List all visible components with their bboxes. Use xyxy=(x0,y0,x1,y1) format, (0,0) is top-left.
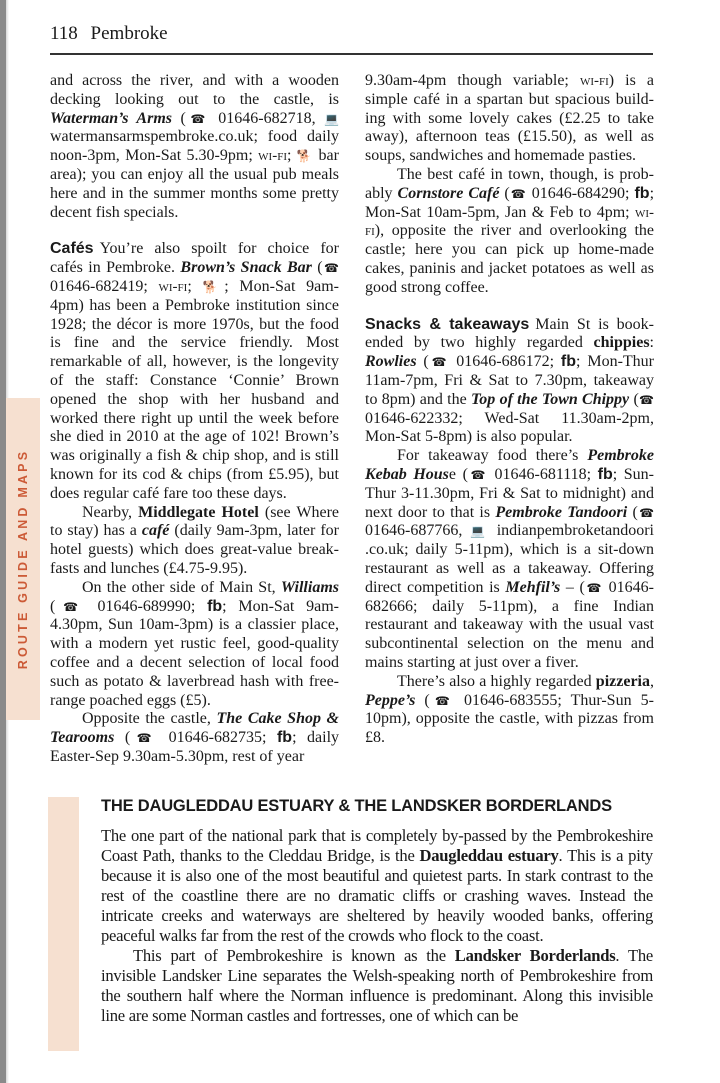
paragraph-cafes: CafésYou’re also spoilt for choice for c… xyxy=(50,240,339,503)
keyword-daugleddau: Daugleddau estuary xyxy=(420,846,559,865)
venue-name: Rowlies xyxy=(365,353,417,370)
venue-name: Middlegate Hotel xyxy=(138,504,259,521)
venue-name: Williams xyxy=(281,579,339,596)
paragraph-snacks: Snacks & takeawaysMain St is book­ended … xyxy=(365,316,654,448)
paragraph-cake-shop-continued: 9.30am-4pm though variable; wi-fi) is a … xyxy=(365,72,654,166)
phone-icon: ☎ xyxy=(186,112,210,126)
laptop-icon: 💻 xyxy=(324,112,339,126)
facebook-label: fb xyxy=(598,466,613,483)
paragraph-pizzeria: There’s also a highly regarded pizze­ria… xyxy=(365,673,654,748)
box-title: THE DAUGLEDDAU ESTUARY & THE LANDSKER BO… xyxy=(101,795,661,817)
header-rule xyxy=(50,53,653,55)
phone-icon: ☎ xyxy=(639,393,654,407)
paragraph-takeaway: For takeaway food there’s Pembroke Kebab… xyxy=(365,447,654,673)
venue-name: Brown’s Snack Bar xyxy=(180,259,311,276)
phone-icon: ☎ xyxy=(323,261,339,275)
running-header: 118 Pembroke xyxy=(50,22,653,46)
paragraph-williams: On the other side of Main St, Williams (… xyxy=(50,579,339,711)
box-body: The one part of the national park that i… xyxy=(101,826,653,1026)
thumb-tab-label: ROUTE GUIDE AND MAPS xyxy=(16,449,30,670)
wifi-label: wi-fi xyxy=(580,73,609,89)
dog-icon: 🐕 xyxy=(203,280,225,294)
laptop-icon: 💻 xyxy=(470,524,489,538)
wifi-label: wi-fi xyxy=(159,279,188,295)
phone-icon: ☎ xyxy=(468,468,488,482)
phone-icon: ☎ xyxy=(585,581,603,595)
facebook-label: fb xyxy=(561,353,576,370)
section-heading-cafes: Cafés xyxy=(50,240,94,257)
facebook-label: fb xyxy=(277,729,292,746)
page-number: 118 xyxy=(50,23,78,44)
section-heading-snacks: Snacks & takeaways xyxy=(365,316,529,333)
phone-icon: ☎ xyxy=(430,694,455,708)
phone-icon: ☎ xyxy=(510,187,527,201)
venue-name: Waterman’s Arms xyxy=(50,110,172,127)
facebook-label: fb xyxy=(207,598,222,615)
phone-icon: ☎ xyxy=(130,731,158,745)
left-column: and across the river, and with a wooden … xyxy=(50,72,339,767)
phone-icon: ☎ xyxy=(55,600,85,614)
venue-name: Top of the Town Chippy xyxy=(471,391,629,408)
keyword-chippies: chippies xyxy=(594,334,650,351)
keyword-pizzeria: pizze­ria xyxy=(596,673,650,690)
venue-name: Cornstore Café xyxy=(398,185,500,202)
paragraph-middlegate: Nearby, Middlegate Hotel (see Where to s… xyxy=(50,504,339,579)
right-column: 9.30am-4pm though variable; wi-fi) is a … xyxy=(365,72,654,748)
facebook-label: fb xyxy=(634,185,649,202)
venue-name: Peppe’s xyxy=(365,692,415,709)
phone-icon: ☎ xyxy=(429,355,450,369)
paragraph-cornstore: The best café in town, though, is prob­a… xyxy=(365,166,654,298)
dog-icon: 🐕 xyxy=(297,149,313,163)
venue-name: Mehfil’s xyxy=(505,579,560,596)
box-paragraph: This part of Pembrokeshire is known as t… xyxy=(101,946,653,1026)
phone-icon: ☎ xyxy=(638,506,654,520)
keyword-landsker: Landsker Borderlands xyxy=(455,946,616,965)
sidebar-box-accent-bar xyxy=(48,797,79,1051)
wifi-label: wi-fi xyxy=(258,148,287,164)
running-head-title: Pembroke xyxy=(91,23,168,44)
paragraph-cake-shop: Opposite the castle, The Cake Shop & Tea… xyxy=(50,710,339,766)
box-paragraph: The one part of the national park that i… xyxy=(101,826,653,946)
venue-name: café xyxy=(142,522,170,539)
paragraph-watermans-arms: and across the river, and with a wooden … xyxy=(50,72,339,222)
venue-name: Pembroke Tandoori xyxy=(495,504,627,521)
